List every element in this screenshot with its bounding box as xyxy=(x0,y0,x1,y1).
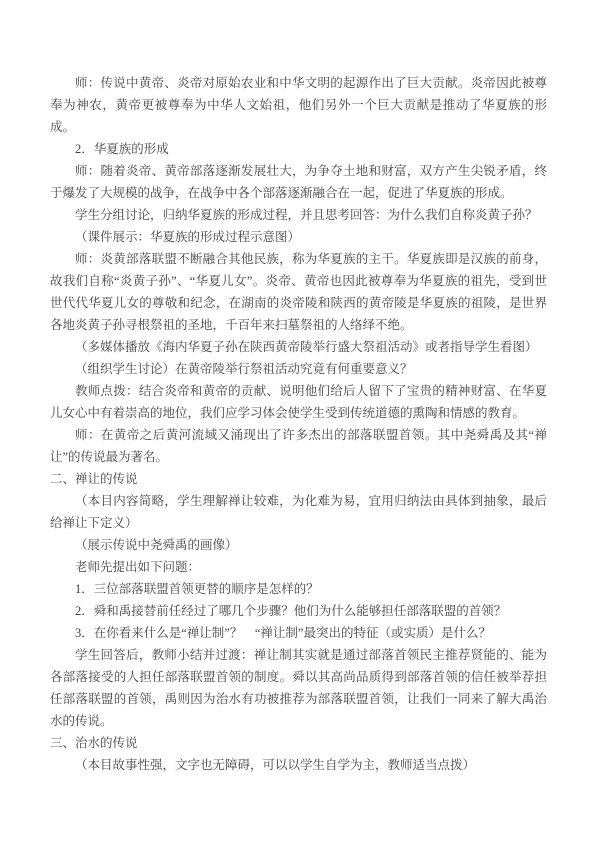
section-heading: 三、治水的传说 xyxy=(50,732,547,754)
paragraph: 1．三位部落联盟首领更替的顺序是怎样的？ xyxy=(50,578,547,600)
paragraph: （展示传说中尧舜禹的画像） xyxy=(50,534,547,556)
paragraph: （本目内容简略，学生理解禅让较难，为化难为易，宜用归纳法由具体到抽象，最后给禅让… xyxy=(50,490,547,534)
paragraph: 2．华夏族的形成 xyxy=(50,138,547,160)
paragraph: （组织学生讨论）在黄帝陵举行祭祖活动究竟有何重要意义？ xyxy=(50,358,547,380)
document-page: 师：传说中黄帝、炎帝对原始农业和中华文明的起源作出了巨大贡献。炎帝因此被尊奉为神… xyxy=(0,0,595,841)
paragraph: （课件展示：华夏族的形成过程示意图） xyxy=(50,226,547,248)
paragraph: 师：炎黄部落联盟不断融合其他民族，称为华夏族的主干。华夏族即是汉族的前身，故我们… xyxy=(50,248,547,336)
paragraph: 学生回答后，教师小结并过渡：禅让制其实就是通过部落首领民主推荐贤能的、能为各部落… xyxy=(50,644,547,732)
paragraph: 师：在黄帝之后黄河流域又涌现出了许多杰出的部落联盟首领。其中尧舜禹及其“禅让”的… xyxy=(50,424,547,468)
paragraph: 2．舜和禹接替前任经过了哪几个步骤？他们为什么能够担任部落联盟的首领？ xyxy=(50,600,547,622)
document-body: 师：传说中黄帝、炎帝对原始农业和中华文明的起源作出了巨大贡献。炎帝因此被尊奉为神… xyxy=(50,72,547,776)
paragraph: 教师点拨：结合炎帝和黄帝的贡献、说明他们给后人留下了宝贵的精神财富、在华夏儿女心… xyxy=(50,380,547,424)
paragraph: 师：随着炎帝、黄帝部落逐渐发展壮大，为争夺土地和财富，双方产生尖锐矛盾，终于爆发… xyxy=(50,160,547,204)
paragraph: （多媒体播放《海内华夏子孙在陕西黄帝陵举行盛大祭祖活动》或者指导学生看图） xyxy=(50,336,547,358)
section-heading: 二、禅让的传说 xyxy=(50,468,547,490)
paragraph: （本目故事性强，文字也无障碍，可以以学生自学为主，教师适当点拨） xyxy=(50,754,547,776)
paragraph: 老师先提出如下问题： xyxy=(50,556,547,578)
paragraph: 3．在你看来什么是“禅让制”？ “禅让制”最突出的特征（或实质）是什么？ xyxy=(50,622,547,644)
paragraph: 师：传说中黄帝、炎帝对原始农业和中华文明的起源作出了巨大贡献。炎帝因此被尊奉为神… xyxy=(50,72,547,138)
paragraph: 学生分组讨论，归纳华夏族的形成过程，并且思考回答：为什么我们自称炎黄子孙？ xyxy=(50,204,547,226)
